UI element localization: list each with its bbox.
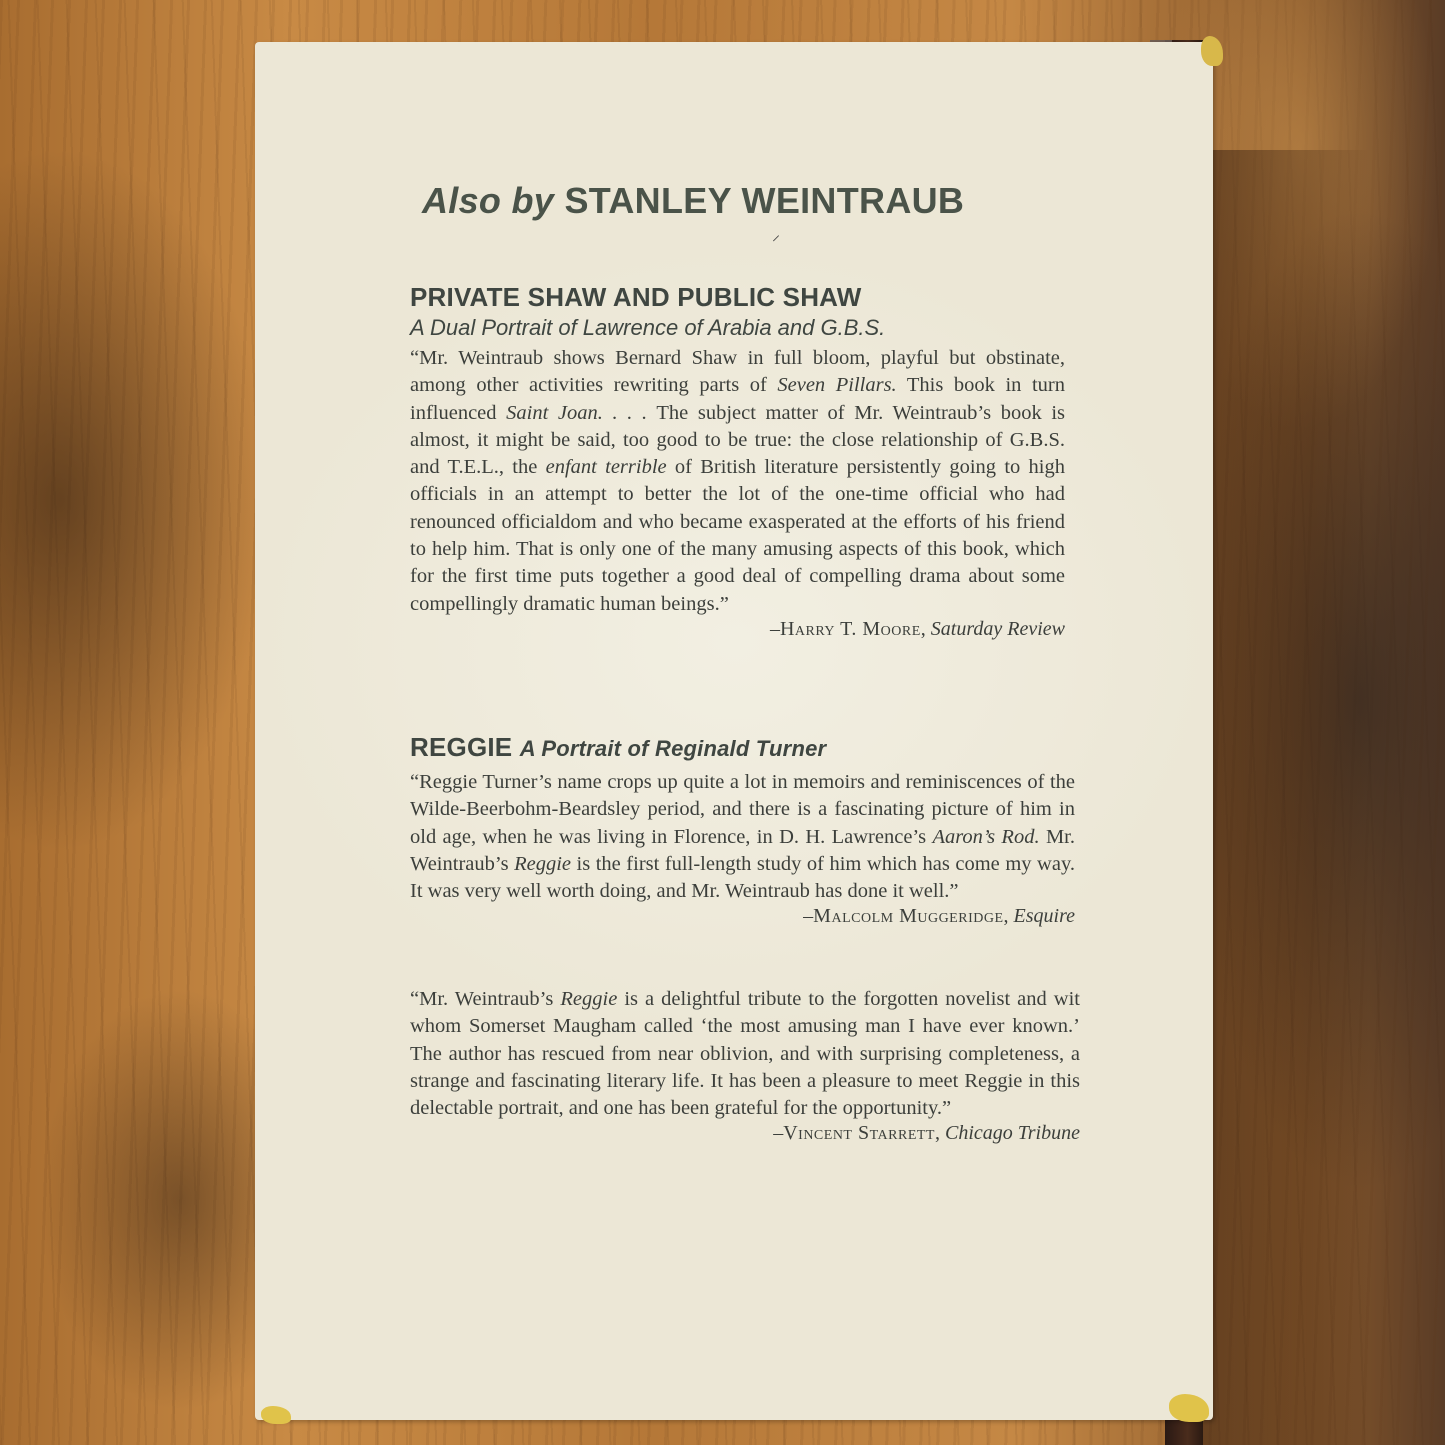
dust-jacket-back	[255, 42, 1213, 1420]
book-entry-private-shaw: PRIVATE SHAW AND PUBLIC SHAW A Dual Port…	[410, 282, 1065, 641]
book-title: REGGIE A Portrait of Reginald Turner	[410, 732, 1075, 763]
corner-wear-top-right	[1201, 36, 1223, 66]
reviewer-name: Malcolm Muggeridge	[813, 905, 1003, 927]
review-quote: “Reggie Turner’s name crops up quite a l…	[410, 769, 1075, 905]
reviewer-name: Vincent Starrett	[783, 1122, 935, 1144]
book-entry-reggie: REGGIE A Portrait of Reginald Turner “Re…	[410, 732, 1075, 928]
book-title: PRIVATE SHAW AND PUBLIC SHAW	[410, 282, 1065, 313]
book-title-text: REGGIE	[410, 732, 512, 762]
corner-wear-bottom-right	[1169, 1394, 1209, 1422]
corner-wear-bottom-left	[261, 1406, 291, 1424]
review-attribution: –Harry T. Moore, Saturday Review	[410, 618, 1065, 641]
publication-name: Chicago Tribune	[945, 1122, 1080, 1144]
also-by-heading: Also by STANLEY WEINTRAUB	[422, 180, 1090, 222]
review-quote: “Mr. Weintraub shows Bernard Shaw in ful…	[410, 345, 1065, 618]
review-attribution: –Vincent Starrett, Chicago Tribune	[410, 1122, 1080, 1145]
jacket-text: Also by STANLEY WEINTRAUB ⸝ PRIVATE SHAW…	[410, 180, 1090, 222]
reviewer-name: Harry T. Moore	[780, 618, 921, 640]
also-by-label: Also by	[422, 180, 554, 221]
book-subtitle: A Portrait of Reginald Turner	[520, 736, 827, 761]
book-entry-reggie-review-2: “Mr. Weintraub’s Reggie is a delightful …	[410, 986, 1080, 1145]
review-attribution: –Malcolm Muggeridge, Esquire	[410, 905, 1075, 928]
publication-name: Esquire	[1014, 905, 1075, 927]
book-subtitle: A Dual Portrait of Lawrence of Arabia an…	[410, 315, 1065, 341]
review-quote: “Mr. Weintraub’s Reggie is a delightful …	[410, 986, 1080, 1122]
ink-speck: ⸝	[772, 223, 780, 245]
author-name: STANLEY WEINTRAUB	[564, 180, 964, 221]
publication-name: Saturday Review	[931, 618, 1065, 640]
